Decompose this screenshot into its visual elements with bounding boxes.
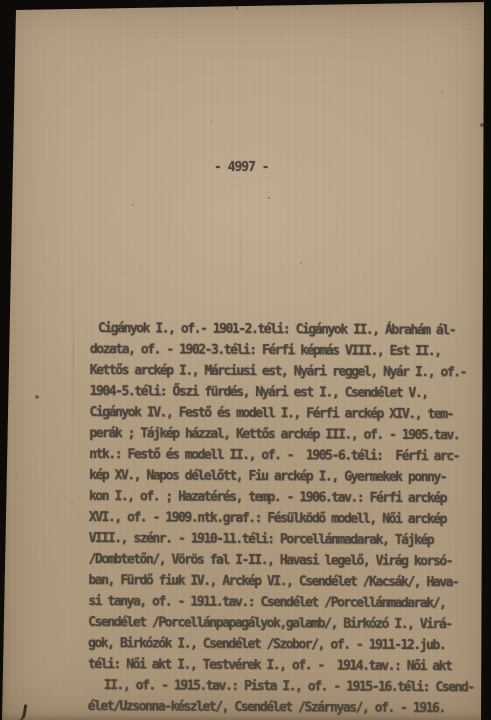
text-line: élet/Uzsonna-készlet/, Csendélet /Szárny…: [88, 696, 484, 719]
text-line: /Dombtetőn/, Vörös fal I-II., Havasi leg…: [88, 549, 484, 572]
text-line: Csendélet /Porcellánpapagályok,galamb/, …: [88, 612, 484, 635]
text-line: perák ; Tájkép házzal, Kettős arckép III…: [89, 423, 485, 446]
crease-line: [241, 185, 242, 325]
text-line: Cigányok I., of.- 1901-2.téli: Cigányok …: [98, 318, 486, 341]
pen-mark: [16, 703, 28, 720]
page-number: - 4997 -: [214, 161, 269, 175]
text-line: Cigányok IV., Festő és modell I., Férfi …: [89, 402, 485, 425]
text-line: II., of. - 1915.tav.: Pista I., of. - 19…: [104, 675, 484, 698]
text-line: dozata, of. - 1902-3.téli: Férfi képmás …: [90, 339, 486, 362]
text-line: VIII., szénr. - 1910-11.téli: Porcellánm…: [89, 528, 485, 551]
crease-line: [73, 240, 74, 470]
text-line: kép XV., Napos délelőtt, Fiu arckép I., …: [89, 465, 485, 488]
paper-speckles: [0, 0, 2, 2]
text-line: si tanya, of. - 1911.tav.: Csendélet /Po…: [88, 591, 484, 614]
text-line: 1904-5.téli: Őszi fürdés, Nyári est I., …: [89, 381, 485, 404]
text-line: gok, Birkózók I., Csendélet /Szobor/, of…: [88, 633, 484, 656]
text-line: téli: Női akt I., Testvérek I., of. - 19…: [88, 654, 484, 677]
text-line: ban, Fürdő fiuk IV., Arckép VI., Csendél…: [88, 570, 484, 593]
typewritten-text: Cigányok I., of.- 1901-2.téli: Cigányok …: [88, 318, 486, 719]
text-line: XVI., of. - 1909.ntk.graf.: Fésülködő mo…: [89, 507, 485, 530]
text-line: Kettős arckép I., Márciusi est, Nyári re…: [90, 360, 486, 383]
text-line: kon I., of. ; Hazatérés, temp. - 1906.ta…: [89, 486, 485, 509]
scan-frame: - 4997 - Cigányok I., of.- 1901-2.téli: …: [0, 0, 491, 720]
paper-page: - 4997 - Cigányok I., of.- 1901-2.téli: …: [0, 0, 491, 720]
text-line: ntk.: Festő és modell II., of. - 1905-6.…: [89, 444, 485, 467]
